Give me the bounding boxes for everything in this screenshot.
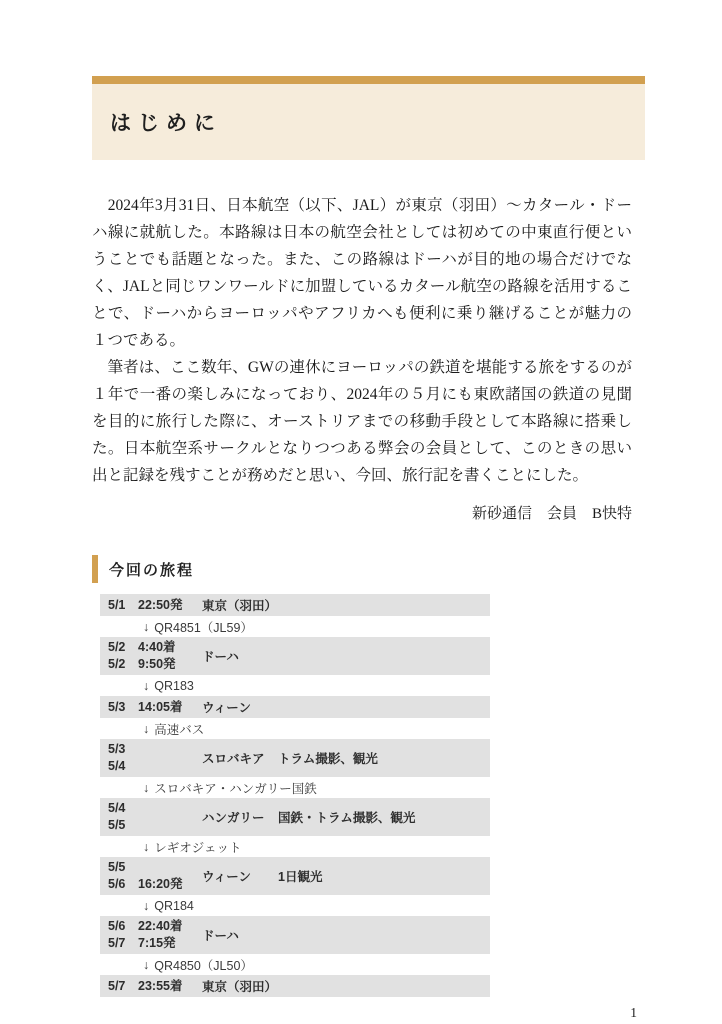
stop-info: ハンガリー国鉄・トラム撮影、観光 — [202, 808, 415, 826]
itinerary-transit-row: ↓QR4851（JL59） — [100, 616, 490, 637]
itinerary-transit-row: ↓QR183 — [100, 675, 490, 696]
date-time-line: 5/3 — [108, 741, 202, 758]
date-cell: 5/3 — [108, 741, 138, 758]
stop-info: 東京（羽田） — [202, 977, 289, 995]
stop-info: スロバキアトラム撮影、観光 — [202, 749, 378, 767]
date-cell: 5/2 — [108, 639, 138, 656]
itinerary-stop-row: 5/622:40着5/77:15発ドーハ — [100, 916, 490, 954]
date-time-line: 5/616:20発 — [108, 876, 202, 893]
section-accent-bar — [92, 555, 98, 583]
itinerary-transit-row: ↓高速バス — [100, 718, 490, 739]
date-cell: 5/4 — [108, 800, 138, 817]
location-cell: ウィーン — [202, 867, 266, 885]
time-cell: 23:55着 — [138, 978, 202, 995]
date-cell: 5/6 — [108, 918, 138, 935]
date-time-line: 5/5 — [108, 859, 202, 876]
date-cell: 5/2 — [108, 656, 138, 673]
date-time-lines: 5/622:40着5/77:15発 — [108, 918, 202, 952]
date-time-line: 5/723:55着 — [108, 978, 202, 995]
activity-cell: 国鉄・トラム撮影、観光 — [278, 808, 415, 826]
intro-body: 2024年3月31日、日本航空（以下、JAL）が東京（羽田）～カタール・ドーハ線… — [92, 192, 632, 489]
date-time-line: 5/77:15発 — [108, 935, 202, 952]
byline: 新砂通信 会員 B快特 — [92, 501, 632, 528]
itinerary-transit-row: ↓レギオジェット — [100, 836, 490, 857]
document-page: はじめに 2024年3月31日、日本航空（以下、JAL）が東京（羽田）～カタール… — [0, 0, 722, 1024]
itinerary-stop-row: 5/122:50発東京（羽田） — [100, 594, 490, 616]
transit-label: 高速バス — [154, 720, 204, 738]
time-cell: 22:40着 — [138, 918, 202, 935]
location-cell: スロバキア — [202, 749, 266, 767]
itinerary-section-header: 今回の旅程 — [92, 554, 645, 584]
date-time-line: 5/314:05着 — [108, 699, 202, 716]
stop-info: ウィーン1日観光 — [202, 867, 322, 885]
date-time-line: 5/5 — [108, 817, 202, 834]
date-time-line: 5/622:40着 — [108, 918, 202, 935]
itinerary-stop-row: 5/35/4スロバキアトラム撮影、観光 — [100, 739, 490, 777]
time-cell: 9:50発 — [138, 656, 202, 673]
date-time-line: 5/29:50発 — [108, 656, 202, 673]
page-content: はじめに 2024年3月31日、日本航空（以下、JAL）が東京（羽田）～カタール… — [92, 76, 645, 1021]
date-time-lines: 5/122:50発 — [108, 597, 202, 614]
stop-info: 東京（羽田） — [202, 596, 289, 614]
date-time-line: 5/4 — [108, 758, 202, 775]
down-arrow-icon: ↓ — [143, 781, 149, 795]
transit-label: QR184 — [154, 899, 194, 913]
location-cell: ドーハ — [202, 926, 266, 944]
date-time-line: 5/4 — [108, 800, 202, 817]
down-arrow-icon: ↓ — [143, 722, 149, 736]
stop-info: ドーハ — [202, 647, 278, 665]
date-time-line: 5/24:40着 — [108, 639, 202, 656]
itinerary-stop-row: 5/45/5ハンガリー国鉄・トラム撮影、観光 — [100, 798, 490, 836]
itinerary-stop-row: 5/55/616:20発ウィーン1日観光 — [100, 857, 490, 895]
date-cell: 5/5 — [108, 859, 138, 876]
transit-label: QR4850（JL50） — [154, 956, 253, 974]
date-cell: 5/7 — [108, 978, 138, 995]
activity-cell: トラム撮影、観光 — [278, 749, 378, 767]
transit-label: レギオジェット — [154, 838, 241, 856]
location-cell: ドーハ — [202, 647, 266, 665]
down-arrow-icon: ↓ — [143, 679, 149, 693]
date-time-line: 5/122:50発 — [108, 597, 202, 614]
stop-info: ウィーン — [202, 698, 278, 716]
date-time-lines: 5/314:05着 — [108, 699, 202, 716]
stop-info: ドーハ — [202, 926, 278, 944]
time-cell: 16:20発 — [138, 876, 202, 893]
date-cell: 5/6 — [108, 876, 138, 893]
itinerary-table: 5/122:50発東京（羽田）↓QR4851（JL59）5/24:40着5/29… — [100, 594, 490, 997]
down-arrow-icon: ↓ — [143, 958, 149, 972]
date-cell: 5/1 — [108, 597, 138, 614]
date-time-lines: 5/45/5 — [108, 800, 202, 834]
itinerary-transit-row: ↓QR184 — [100, 895, 490, 916]
title-accent-bar — [92, 76, 645, 84]
itinerary-transit-row: ↓QR4850（JL50） — [100, 954, 490, 975]
itinerary-stop-row: 5/314:05着ウィーン — [100, 696, 490, 718]
date-time-lines: 5/35/4 — [108, 741, 202, 775]
page-number: 1 — [92, 1005, 645, 1021]
date-cell: 5/5 — [108, 817, 138, 834]
down-arrow-icon: ↓ — [143, 840, 149, 854]
date-time-lines: 5/723:55着 — [108, 978, 202, 995]
title-box: はじめに — [92, 84, 645, 160]
date-time-lines: 5/55/616:20発 — [108, 859, 202, 893]
itinerary-stop-row: 5/723:55着東京（羽田） — [100, 975, 490, 997]
itinerary-transit-row: ↓スロバキア・ハンガリー国鉄 — [100, 777, 490, 798]
transit-label: QR4851（JL59） — [154, 618, 253, 636]
location-cell: 東京（羽田） — [202, 596, 277, 614]
date-cell: 5/7 — [108, 935, 138, 952]
down-arrow-icon: ↓ — [143, 620, 149, 634]
itinerary-stop-row: 5/24:40着5/29:50発ドーハ — [100, 637, 490, 675]
activity-cell: 1日観光 — [278, 867, 322, 885]
date-cell: 5/3 — [108, 699, 138, 716]
page-title: はじめに — [110, 107, 222, 137]
down-arrow-icon: ↓ — [143, 899, 149, 913]
time-cell: 4:40着 — [138, 639, 202, 656]
location-cell: 東京（羽田） — [202, 977, 277, 995]
transit-label: スロバキア・ハンガリー国鉄 — [154, 779, 317, 797]
location-cell: ウィーン — [202, 698, 266, 716]
date-time-lines: 5/24:40着5/29:50発 — [108, 639, 202, 673]
intro-paragraph-2: 筆者は、ここ数年、GWの連休にヨーロッパの鉄道を堪能する旅をするのが１年で一番の… — [92, 354, 632, 489]
time-cell: 14:05着 — [138, 699, 202, 716]
location-cell: ハンガリー — [202, 808, 266, 826]
intro-paragraph-1: 2024年3月31日、日本航空（以下、JAL）が東京（羽田）～カタール・ドーハ線… — [92, 192, 632, 354]
section-heading: 今回の旅程 — [109, 559, 194, 580]
time-cell: 7:15発 — [138, 935, 202, 952]
itinerary-section: 今回の旅程 5/122:50発東京（羽田）↓QR4851（JL59）5/24:4… — [92, 554, 645, 997]
time-cell: 22:50発 — [138, 597, 202, 614]
transit-label: QR183 — [154, 679, 194, 693]
intro-header: はじめに — [92, 76, 645, 160]
date-cell: 5/4 — [108, 758, 138, 775]
